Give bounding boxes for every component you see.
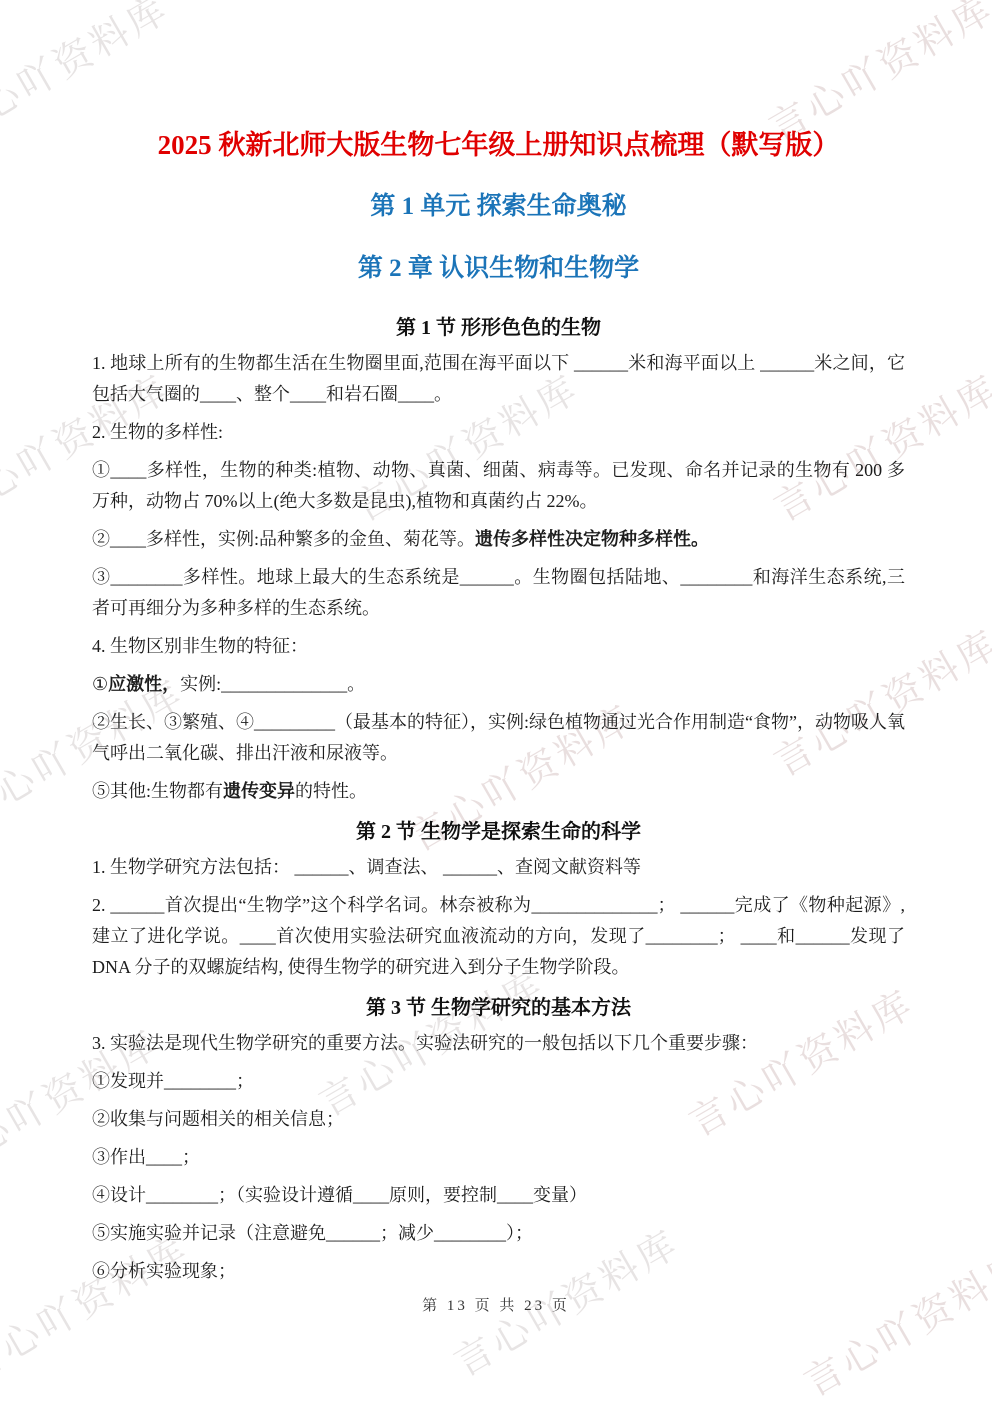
document-content: 2025 秋新北师大版生物七年级上册知识点梳理（默写版） 第 1 单元 探索生命… — [0, 0, 992, 1287]
bold-text-run: 应激性， — [108, 674, 180, 694]
bold-text-run: 遗传多样性决定物种多样性。 — [475, 529, 709, 549]
text-run: 3. 实验法是现代生物学研究的重要方法。实验法研究的一般包括以下几个重要步骤： — [92, 1033, 758, 1053]
text-run: 的特性。 — [295, 781, 367, 801]
paragraph: ①____多样性，生物的种类:植物、动物、真菌、细菌、病毒等。已发现、命名并记录… — [92, 455, 905, 517]
text-run: ③作出____； — [92, 1147, 200, 1167]
text-run: ⑤实施实验并记录（注意避免______；减少________）； — [92, 1223, 533, 1243]
text-run: ③________多样性。地球上最大的生态系统是______。生物圈包括陆地、_… — [92, 567, 905, 618]
section-heading: 第 1 节 形形色色的生物 — [92, 315, 905, 341]
document-page: 言心吖资料库 言心吖资料库 言心吖资料库 言心吖资料库 言心吖资料库 言心吖资料… — [0, 0, 992, 1403]
text-run: ⑥分析实验现象； — [92, 1261, 236, 1281]
paragraph: 4. 生物区别非生物的特征： — [92, 631, 905, 662]
paragraph: ①发现并________； — [92, 1066, 905, 1097]
text-run: 2. 生物的多样性: — [92, 422, 223, 442]
paragraph: ⑥分析实验现象； — [92, 1256, 905, 1287]
text-run: 1. 地球上所有的生物都生活在生物圈里面,范围在海平面以下 ______米和海平… — [92, 353, 905, 404]
document-title: 2025 秋新北师大版生物七年级上册知识点梳理（默写版） — [92, 128, 905, 162]
text-run: ④设计________；（实验设计遵循____原则，要控制____变量） — [92, 1185, 587, 1205]
paragraph: 3. 实验法是现代生物学研究的重要方法。实验法研究的一般包括以下几个重要步骤： — [92, 1028, 905, 1059]
unit-heading: 第 1 单元 探索生命奥秘 — [92, 191, 905, 223]
paragraph: 2. ______首次提出“生物学”这个科学名词。林奈被称为__________… — [92, 890, 905, 983]
text-run: ① — [92, 674, 108, 694]
text-run: ①发现并________； — [92, 1071, 254, 1091]
section-heading: 第 3 节 生物学研究的基本方法 — [92, 995, 905, 1021]
text-run: 2. ______首次提出“生物学”这个科学名词。林奈被称为__________… — [92, 895, 905, 977]
paragraph: ⑤其他:生物都有遗传变异的特性。 — [92, 776, 905, 807]
text-run: ②____多样性，实例:品种繁多的金鱼、菊花等。 — [92, 529, 475, 549]
text-run: 1. 生物学研究方法包括： ______、调查法、 ______、查阅文献资料等 — [92, 857, 641, 877]
paragraph: ③________多样性。地球上最大的生态系统是______。生物圈包括陆地、_… — [92, 562, 905, 624]
paragraph: 1. 地球上所有的生物都生活在生物圈里面,范围在海平面以下 ______米和海平… — [92, 348, 905, 410]
text-run: ②收集与问题相关的相关信息； — [92, 1109, 344, 1129]
paragraph: ⑤实施实验并记录（注意避免______；减少________）； — [92, 1218, 905, 1249]
text-run: 4. 生物区别非生物的特征： — [92, 636, 308, 656]
text-run: ①____多样性，生物的种类:植物、动物、真菌、细菌、病毒等。已发现、命名并记录… — [92, 460, 905, 511]
paragraph: 2. 生物的多样性: — [92, 417, 905, 448]
paragraph: ④设计________；（实验设计遵循____原则，要控制____变量） — [92, 1180, 905, 1211]
paragraph: ②生长、③繁殖、④_________（最基本的特征），实例:绿色植物通过光合作用… — [92, 707, 905, 769]
bold-text-run: 遗传变异 — [223, 781, 295, 801]
page-number-footer: 第 13 页 共 23 页 — [0, 1294, 992, 1315]
paragraph: ①应激性，实例:______________。 — [92, 669, 905, 700]
paragraph: 1. 生物学研究方法包括： ______、调查法、 ______、查阅文献资料等 — [92, 852, 905, 883]
paragraph: ②收集与问题相关的相关信息； — [92, 1104, 905, 1135]
text-run: 实例:______________。 — [180, 674, 365, 694]
paragraph: ②____多样性，实例:品种繁多的金鱼、菊花等。遗传多样性决定物种多样性。 — [92, 524, 905, 555]
section-heading: 第 2 节 生物学是探索生命的科学 — [92, 819, 905, 845]
text-run: ②生长、③繁殖、④_________（最基本的特征），实例:绿色植物通过光合作用… — [92, 712, 905, 763]
text-run: ⑤其他:生物都有 — [92, 781, 223, 801]
paragraph: ③作出____； — [92, 1142, 905, 1173]
chapter-heading: 第 2 章 认识生物和生物学 — [92, 253, 905, 285]
